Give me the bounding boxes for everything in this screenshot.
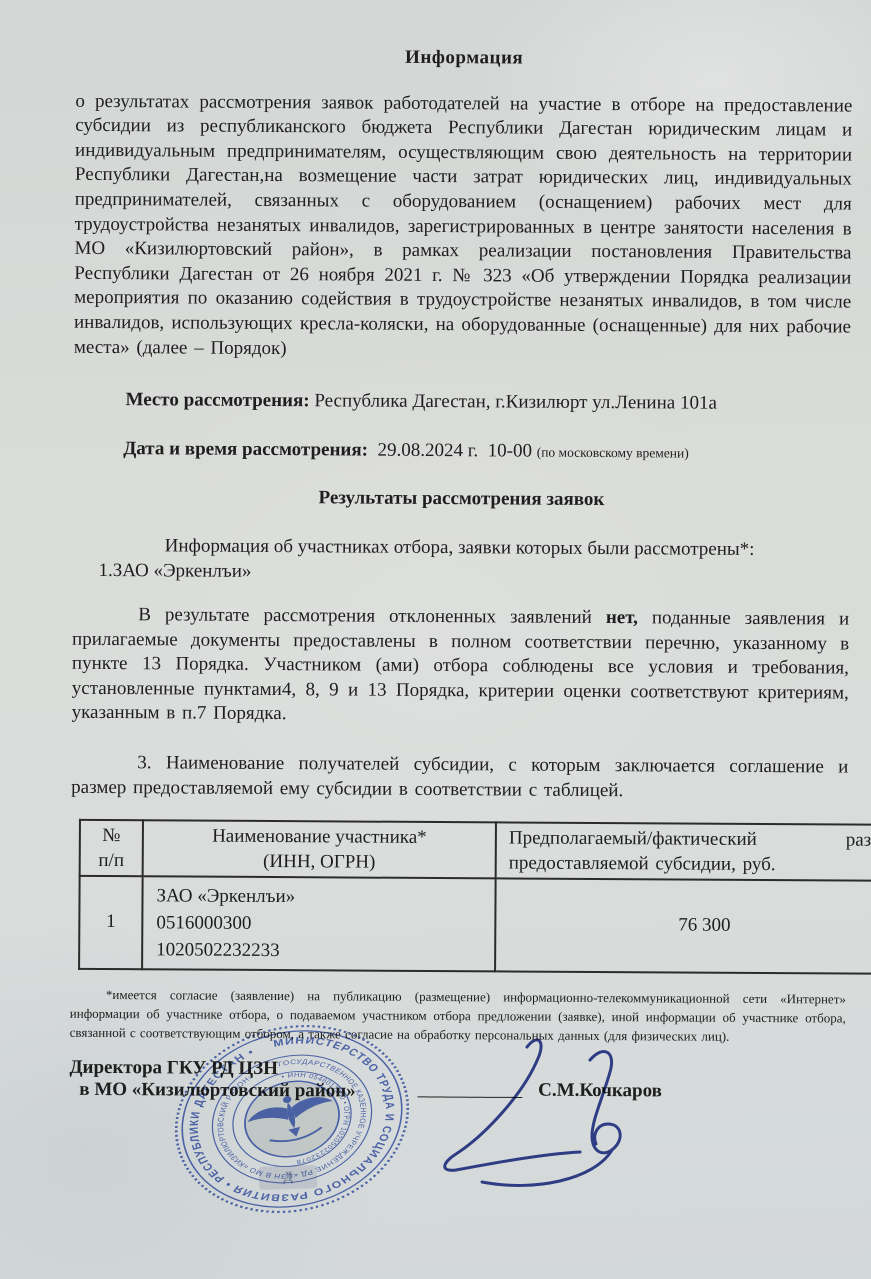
results-heading: Результаты рассмотрения заявок bbox=[73, 485, 850, 514]
review-place-value: Республика Дагестан, г.Кизилюрт ул.Ленин… bbox=[310, 390, 717, 413]
intro-paragraph: о результатах рассмотрения заявок работо… bbox=[74, 89, 853, 364]
header-name: Наименование участника* (ИНН, ОГРН) bbox=[143, 820, 496, 878]
handwritten-signature-ink bbox=[412, 1032, 662, 1197]
review-datetime-note: (по московскому времени) bbox=[537, 444, 689, 460]
review-result-paragraph: В результате рассмотрения отклоненных за… bbox=[72, 603, 850, 731]
cell-amount: 76 300 bbox=[495, 879, 871, 975]
participant-item: 1.ЗАО «Эркенлъи» bbox=[72, 558, 849, 587]
subsidy-table: № п/п Наименование участника* (ИНН, ОГРН… bbox=[78, 819, 871, 975]
review-datetime-row: Дата и время рассмотрения: 29.08.2024 г.… bbox=[73, 437, 850, 467]
header-num: № п/п bbox=[80, 820, 143, 876]
document-title: Информация bbox=[76, 44, 853, 73]
recipients-paragraph: 3. Наименование получателей субсидии, с … bbox=[71, 751, 848, 805]
review-result-pre: В результате рассмотрения отклоненных за… bbox=[138, 604, 606, 628]
review-place-row: Место рассмотрения: Республика Дагестан,… bbox=[73, 388, 850, 417]
review-place-label: Место рассмотрения: bbox=[125, 389, 309, 411]
table-row: 1 ЗАО «Эркенлъи» 0516000300 102050223223… bbox=[79, 876, 871, 974]
scanned-document-page: Информация о результатах рассмотрения за… bbox=[0, 0, 871, 1279]
header-amount: Предполагаемый/фактический размер предос… bbox=[496, 823, 871, 882]
cell-num: 1 bbox=[79, 876, 143, 969]
review-datetime-value: 29.08.2024 г. 10-00 bbox=[368, 439, 537, 461]
review-result-bold: нет, bbox=[606, 607, 638, 628]
cell-name: ЗАО «Эркенлъи» 0516000300 1020502232233 bbox=[142, 876, 496, 971]
review-datetime-label: Дата и время рассмотрения: bbox=[123, 438, 368, 460]
table-header-row: № п/п Наименование участника* (ИНН, ОГРН… bbox=[80, 820, 871, 881]
